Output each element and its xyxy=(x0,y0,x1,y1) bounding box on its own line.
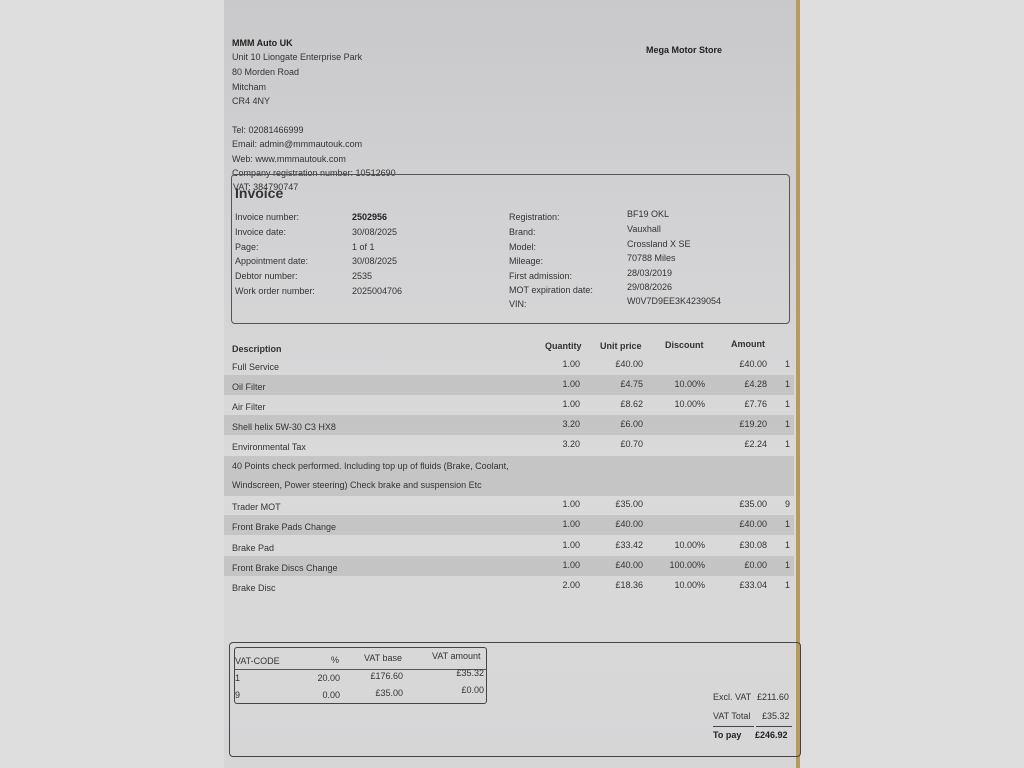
vehicle-field-value: Crossland X SE xyxy=(627,239,691,249)
item-unit-price: £40.00 xyxy=(598,359,643,369)
row-shading xyxy=(224,375,794,395)
vat-base: £35.00 xyxy=(360,688,403,698)
field-label: Invoice number: xyxy=(235,212,299,222)
vat-code: 9 xyxy=(235,690,240,700)
item-discount: 10.00% xyxy=(660,379,705,389)
item-quantity: 1.00 xyxy=(540,560,580,570)
vehicle-field-label: MOT expiration date: xyxy=(509,285,593,295)
item-vat-code: 1 xyxy=(785,419,790,429)
vat-code: 1 xyxy=(235,673,240,683)
vat-header-base: VAT base xyxy=(364,653,402,663)
vehicle-field-label: Model: xyxy=(509,242,536,252)
item-description: Full Service xyxy=(232,362,279,372)
company-address-line-4: CR4 4NY xyxy=(232,96,270,106)
field-label: Invoice date: xyxy=(235,227,286,237)
item-vat-code: 1 xyxy=(785,580,790,590)
item-quantity: 1.00 xyxy=(540,399,580,409)
vehicle-field-value: BF19 OKL xyxy=(627,209,669,219)
vat-percent: 0.00 xyxy=(300,690,340,700)
service-note-line-1: 40 Points check performed. Including top… xyxy=(232,461,509,471)
company-address-line-1: Unit 10 Liongate Enterprise Park xyxy=(232,52,362,62)
vehicle-field-value: Vauxhall xyxy=(627,224,661,234)
vat-total-label: VAT Total xyxy=(713,711,750,721)
field-label: Appointment date: xyxy=(235,256,308,266)
item-amount: £40.00 xyxy=(722,359,767,369)
item-discount: 10.00% xyxy=(660,399,705,409)
field-value: 2025004706 xyxy=(352,286,402,296)
header-unit-price: Unit price xyxy=(600,341,642,351)
item-quantity: 1.00 xyxy=(540,499,580,509)
item-amount: £19.20 xyxy=(722,419,767,429)
item-discount: 100.00% xyxy=(660,560,705,570)
item-amount: £35.00 xyxy=(722,499,767,509)
item-discount: 10.00% xyxy=(660,540,705,550)
field-value: 2535 xyxy=(352,271,372,281)
item-amount: £33.04 xyxy=(722,580,767,590)
background-left xyxy=(0,0,224,768)
company-address-line-2: 80 Morden Road xyxy=(232,67,299,77)
item-description: Front Brake Discs Change xyxy=(232,563,338,573)
item-unit-price: £40.00 xyxy=(598,560,643,570)
vat-base: £176.60 xyxy=(360,671,403,681)
item-description: Brake Pad xyxy=(232,543,274,553)
company-email: Email: admin@mmmautouk.com xyxy=(232,139,362,149)
item-vat-code: 9 xyxy=(785,499,790,509)
header-description: Description xyxy=(232,344,282,354)
to-pay-label: To pay xyxy=(713,730,741,740)
item-amount: £30.08 xyxy=(722,540,767,550)
item-quantity: 1.00 xyxy=(540,379,580,389)
vat-amount: £35.32 xyxy=(440,668,484,678)
field-value: 30/08/2025 xyxy=(352,256,397,266)
item-description: Shell helix 5W-30 C3 HX8 xyxy=(232,422,336,432)
vehicle-field-label: Mileage: xyxy=(509,256,543,266)
header-amount: Amount xyxy=(731,339,765,349)
item-amount: £4.28 xyxy=(722,379,767,389)
company-address-line-3: Mitcham xyxy=(232,82,266,92)
item-quantity: 1.00 xyxy=(540,359,580,369)
field-label: Debtor number: xyxy=(235,271,298,281)
item-description: Trader MOT xyxy=(232,502,281,512)
item-unit-price: £33.42 xyxy=(598,540,643,550)
item-quantity: 1.00 xyxy=(540,540,580,550)
service-note-line-2: Windscreen, Power steering) Check brake … xyxy=(232,480,482,490)
vehicle-field-label: Registration: xyxy=(509,212,560,222)
item-unit-price: £40.00 xyxy=(598,519,643,529)
item-description: Brake Disc xyxy=(232,583,276,593)
store-name: Mega Motor Store xyxy=(646,45,722,55)
company-tel: Tel: 02081466999 xyxy=(232,125,304,135)
vehicle-field-value: 70788 Miles xyxy=(627,253,676,263)
vat-header-code: VAT-CODE xyxy=(235,656,280,666)
field-value: 2502956 xyxy=(352,212,387,222)
item-description: Front Brake Pads Change xyxy=(232,522,336,532)
item-unit-price: £6.00 xyxy=(598,419,643,429)
field-value: 30/08/2025 xyxy=(352,227,397,237)
item-vat-code: 1 xyxy=(785,540,790,550)
item-amount: £7.76 xyxy=(722,399,767,409)
item-quantity: 3.20 xyxy=(540,439,580,449)
field-value: 1 of 1 xyxy=(352,242,375,252)
vat-header-amount: VAT amount xyxy=(432,651,481,661)
item-amount: £0.00 xyxy=(722,560,767,570)
item-quantity: 1.00 xyxy=(540,519,580,529)
header-discount: Discount xyxy=(665,340,704,350)
vehicle-field-value: 28/03/2019 xyxy=(627,268,672,278)
vat-header-percent: % xyxy=(331,655,339,665)
item-quantity: 3.20 xyxy=(540,419,580,429)
vehicle-field-label: VIN: xyxy=(509,299,527,309)
item-vat-code: 1 xyxy=(785,379,790,389)
item-vat-code: 1 xyxy=(785,519,790,529)
company-name: MMM Auto UK xyxy=(232,38,293,48)
vat-total-value: £35.32 xyxy=(762,711,790,721)
to-pay-value: £246.92 xyxy=(755,730,788,740)
excl-vat-value: £211.60 xyxy=(757,692,789,702)
vat-amount: £0.00 xyxy=(440,685,484,695)
vat-percent: 20.00 xyxy=(300,673,340,683)
field-label: Page: xyxy=(235,242,259,252)
item-vat-code: 1 xyxy=(785,439,790,449)
item-discount: 10.00% xyxy=(660,580,705,590)
item-amount: £2.24 xyxy=(722,439,767,449)
excl-vat-label: Excl. VAT xyxy=(713,692,751,702)
vehicle-field-value: W0V7D9EE3K4239054 xyxy=(627,296,721,306)
item-unit-price: £4.75 xyxy=(598,379,643,389)
item-quantity: 2.00 xyxy=(540,580,580,590)
company-web: Web: www.mmmautouk.com xyxy=(232,154,346,164)
item-description: Oil Filter xyxy=(232,382,266,392)
item-vat-code: 1 xyxy=(785,399,790,409)
vehicle-field-label: Brand: xyxy=(509,227,536,237)
totals-divider-left xyxy=(713,726,754,727)
item-unit-price: £35.00 xyxy=(598,499,643,509)
field-label: Work order number: xyxy=(235,286,315,296)
item-unit-price: £18.36 xyxy=(598,580,643,590)
item-description: Air Filter xyxy=(232,402,266,412)
item-vat-code: 1 xyxy=(785,359,790,369)
item-unit-price: £8.62 xyxy=(598,399,643,409)
background-right xyxy=(800,0,1024,768)
invoice-title: Invoice xyxy=(235,185,283,201)
vehicle-field-label: First admission: xyxy=(509,271,572,281)
vehicle-field-value: 29/08/2026 xyxy=(627,282,672,292)
item-vat-code: 1 xyxy=(785,560,790,570)
header-quantity: Quantity xyxy=(545,341,582,351)
item-amount: £40.00 xyxy=(722,519,767,529)
item-unit-price: £0.70 xyxy=(598,439,643,449)
totals-divider-right xyxy=(756,726,792,727)
item-description: Environmental Tax xyxy=(232,442,306,452)
